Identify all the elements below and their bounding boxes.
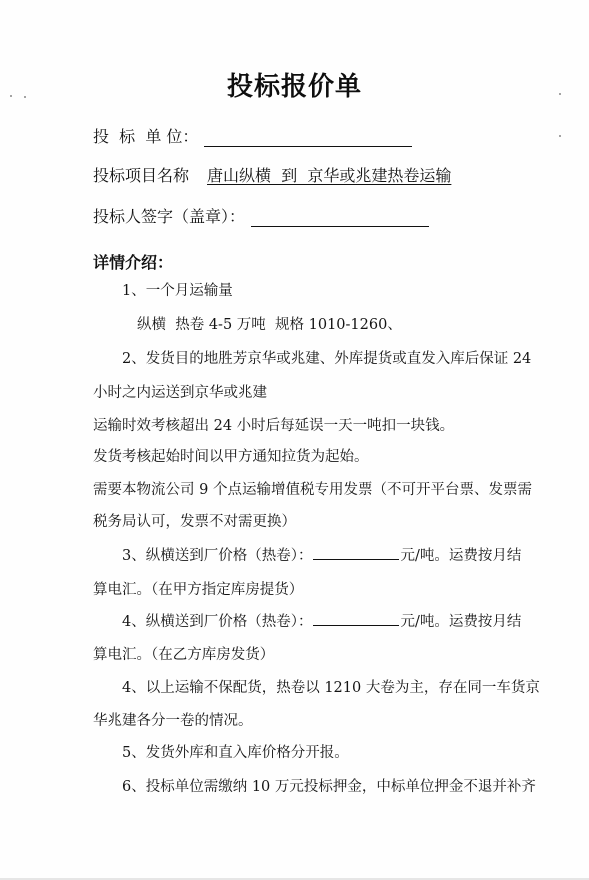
document-title: 投标报价单 xyxy=(0,66,589,103)
document-page: 投标报价单 投 标 单 位： 投标项目名称 唐山纵横 到 京华或兆建热卷运输 投… xyxy=(0,0,589,880)
item-3-line-2: 算电汇。（在甲方指定库房提货） xyxy=(93,578,303,599)
project-name-label: 投标项目名称 xyxy=(93,163,189,186)
bidder-unit-label: 投 标 单 位： xyxy=(93,124,198,147)
scan-speck xyxy=(559,135,561,137)
item-4-price-blank[interactable] xyxy=(313,612,399,626)
signature-label: 投标人签字（盖章）： xyxy=(93,204,245,227)
signature-field: 投标人签字（盖章）： xyxy=(93,204,429,227)
item-5-line: 5、发货外库和直入库价格分开报。 xyxy=(122,741,349,762)
item-2-line-3: 运输时效考核超出 24 小时后每延误一天一吨扣一块钱。 xyxy=(93,414,454,435)
project-name-field: 投标项目名称 唐山纵横 到 京华或兆建热卷运输 xyxy=(93,163,451,186)
item-3-price-blank[interactable] xyxy=(313,546,399,560)
item-3-line-1: 3、纵横送到厂价格（热卷）：元/吨。运费按月结 xyxy=(122,544,521,565)
details-heading: 详情介绍： xyxy=(93,250,173,273)
bidder-unit-field: 投 标 单 位： xyxy=(93,124,412,147)
item-2-line-4: 发货考核起始时间以甲方通知拉货为起始。 xyxy=(93,445,369,466)
signature-blank[interactable] xyxy=(251,210,429,227)
item-2-line-5: 需要本物流公司 9 个点运输增值税专用发票（不可开平台票、发票需 xyxy=(93,478,532,499)
item-4b-line-1: 4、以上运输不保配货，热卷以 1210 大卷为主，存在同一车货京 xyxy=(122,676,540,697)
item-2-line-6: 税务局认可，发票不对需更换） xyxy=(93,510,296,531)
item-2-line-2: 小时之内运送到京华或兆建 xyxy=(93,381,267,402)
item-4-line-2: 算电汇。（在乙方库房发货） xyxy=(93,643,274,664)
bidder-unit-blank[interactable] xyxy=(204,130,412,147)
item-4-label: 4、纵横送到厂价格（热卷）： xyxy=(122,614,312,630)
item-3-label: 3、纵横送到厂价格（热卷）： xyxy=(122,548,312,564)
item-2-line-1: 2、发货目的地胜芳京华或兆建、外库提货或直发入库后保证 24 xyxy=(122,347,531,368)
item-4-unit: 元/吨。运费按月结 xyxy=(400,614,521,630)
item-1-heading: 1、一个月运输量 xyxy=(122,279,233,300)
item-4-line-1: 4、纵横送到厂价格（热卷）：元/吨。运费按月结 xyxy=(122,610,521,631)
item-6-line: 6、投标单位需缴纳 10 万元投标押金，中标单位押金不退并补齐 xyxy=(122,775,536,796)
item-4b-line-2: 华兆建各分一卷的情况。 xyxy=(93,709,253,730)
project-name-value: 唐山纵横 到 京华或兆建热卷运输 xyxy=(207,163,451,186)
item-1-detail: 纵横 热卷 4-5 万吨 规格 1010-1260、 xyxy=(137,313,402,334)
item-3-unit: 元/吨。运费按月结 xyxy=(400,548,521,564)
